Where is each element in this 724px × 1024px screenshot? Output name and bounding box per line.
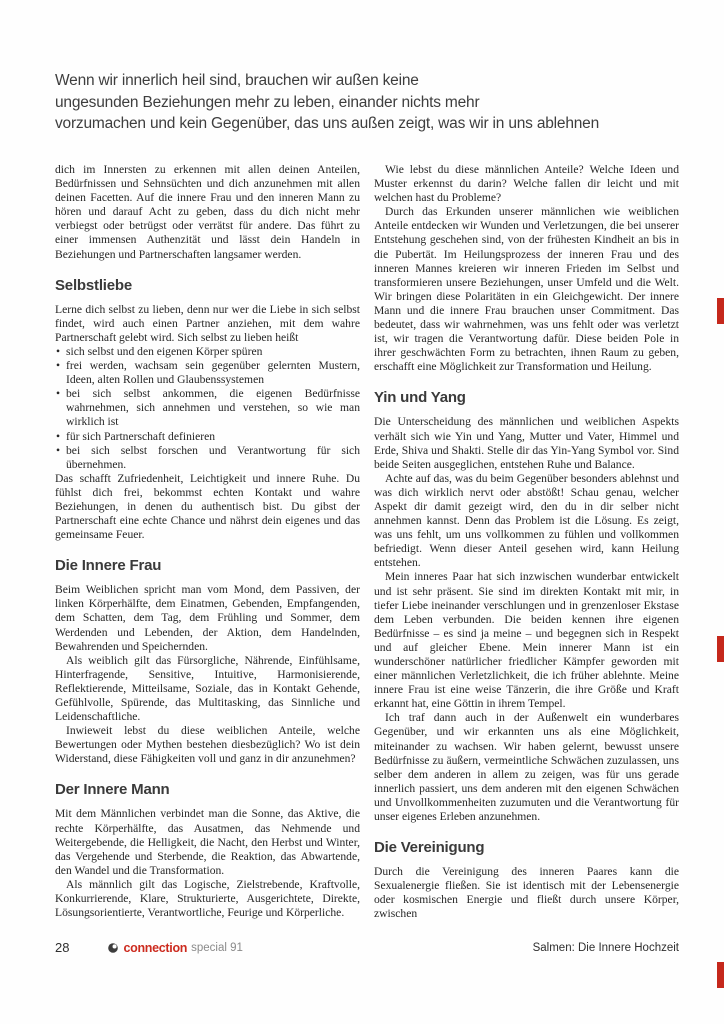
bullet-item: für sich Partnerschaft definieren xyxy=(55,430,360,444)
paragraph: Ich traf dann auch in der Außenwelt ein … xyxy=(374,711,679,824)
paragraph: Achte auf das, was du beim Gegenüber bes… xyxy=(374,472,679,571)
section-heading: Die Vereinigung xyxy=(374,839,679,856)
bullet-item: frei werden, wachsam sein gegenüber gele… xyxy=(55,359,360,387)
paragraph: Lerne dich selbst zu lieben, denn nur we… xyxy=(55,303,360,345)
intro-quote: Wenn wir innerlich heil sind, brauchen w… xyxy=(55,70,679,135)
section-heading: Die Innere Frau xyxy=(55,557,360,574)
section-heading: Selbstliebe xyxy=(55,277,360,294)
right-column: Wie lebst du diese männlichen Anteile? W… xyxy=(374,163,679,922)
bullet-item: sich selbst und den eigenen Körper spüre… xyxy=(55,345,360,359)
edge-index-tab xyxy=(717,636,724,662)
section-heading: Yin und Yang xyxy=(374,389,679,406)
connection-logo-icon xyxy=(107,942,119,954)
paragraph: Beim Weiblichen spricht man vom Mond, de… xyxy=(55,583,360,653)
paragraph: Mein inneres Paar hat sich inzwischen wu… xyxy=(374,570,679,711)
bullet-item: bei sich selbst forschen und Verantwortu… xyxy=(55,444,360,472)
paragraph: Durch das Erkunden unserer männlichen wi… xyxy=(374,205,679,374)
left-column: dich im Innersten zu erkennen mit allen … xyxy=(55,163,360,922)
paragraph: Als weiblich gilt das Fürsorgliche, Nähr… xyxy=(55,654,360,724)
paragraph: Durch die Vereinigung des inneren Paares… xyxy=(374,865,679,921)
edge-index-tab xyxy=(717,962,724,988)
paragraph: dich im Innersten zu erkennen mit allen … xyxy=(55,163,360,262)
bullet-list: sich selbst und den eigenen Körper spüre… xyxy=(55,345,360,472)
paragraph: Die Unterscheidung des männlichen und we… xyxy=(374,415,679,471)
paragraph: Als männlich gilt das Logische, Zielstre… xyxy=(55,878,360,920)
magazine-issue: special 91 xyxy=(191,942,243,954)
magazine-page: Wenn wir innerlich heil sind, brauchen w… xyxy=(0,0,724,1024)
paragraph: Das schafft Zufriedenheit, Leichtigkeit … xyxy=(55,472,360,542)
article-body: dich im Innersten zu erkennen mit allen … xyxy=(55,163,679,922)
paragraph: Inwieweit lebst du diese weiblichen Ante… xyxy=(55,724,360,766)
page-footer: 28 connection special 91 Salmen: Die Inn… xyxy=(55,940,679,955)
magazine-logo: connection special 91 xyxy=(107,941,242,955)
section-heading: Der Innere Mann xyxy=(55,781,360,798)
paragraph: Mit dem Männlichen verbindet man die Son… xyxy=(55,807,360,877)
bullet-item: bei sich selbst ankommen, die eigenen Be… xyxy=(55,387,360,429)
page-number: 28 xyxy=(55,940,69,955)
edge-index-tab xyxy=(717,298,724,324)
magazine-name: connection xyxy=(123,941,187,955)
article-reference: Salmen: Die Innere Hochzeit xyxy=(533,942,679,954)
paragraph: Wie lebst du diese männlichen Anteile? W… xyxy=(374,163,679,205)
